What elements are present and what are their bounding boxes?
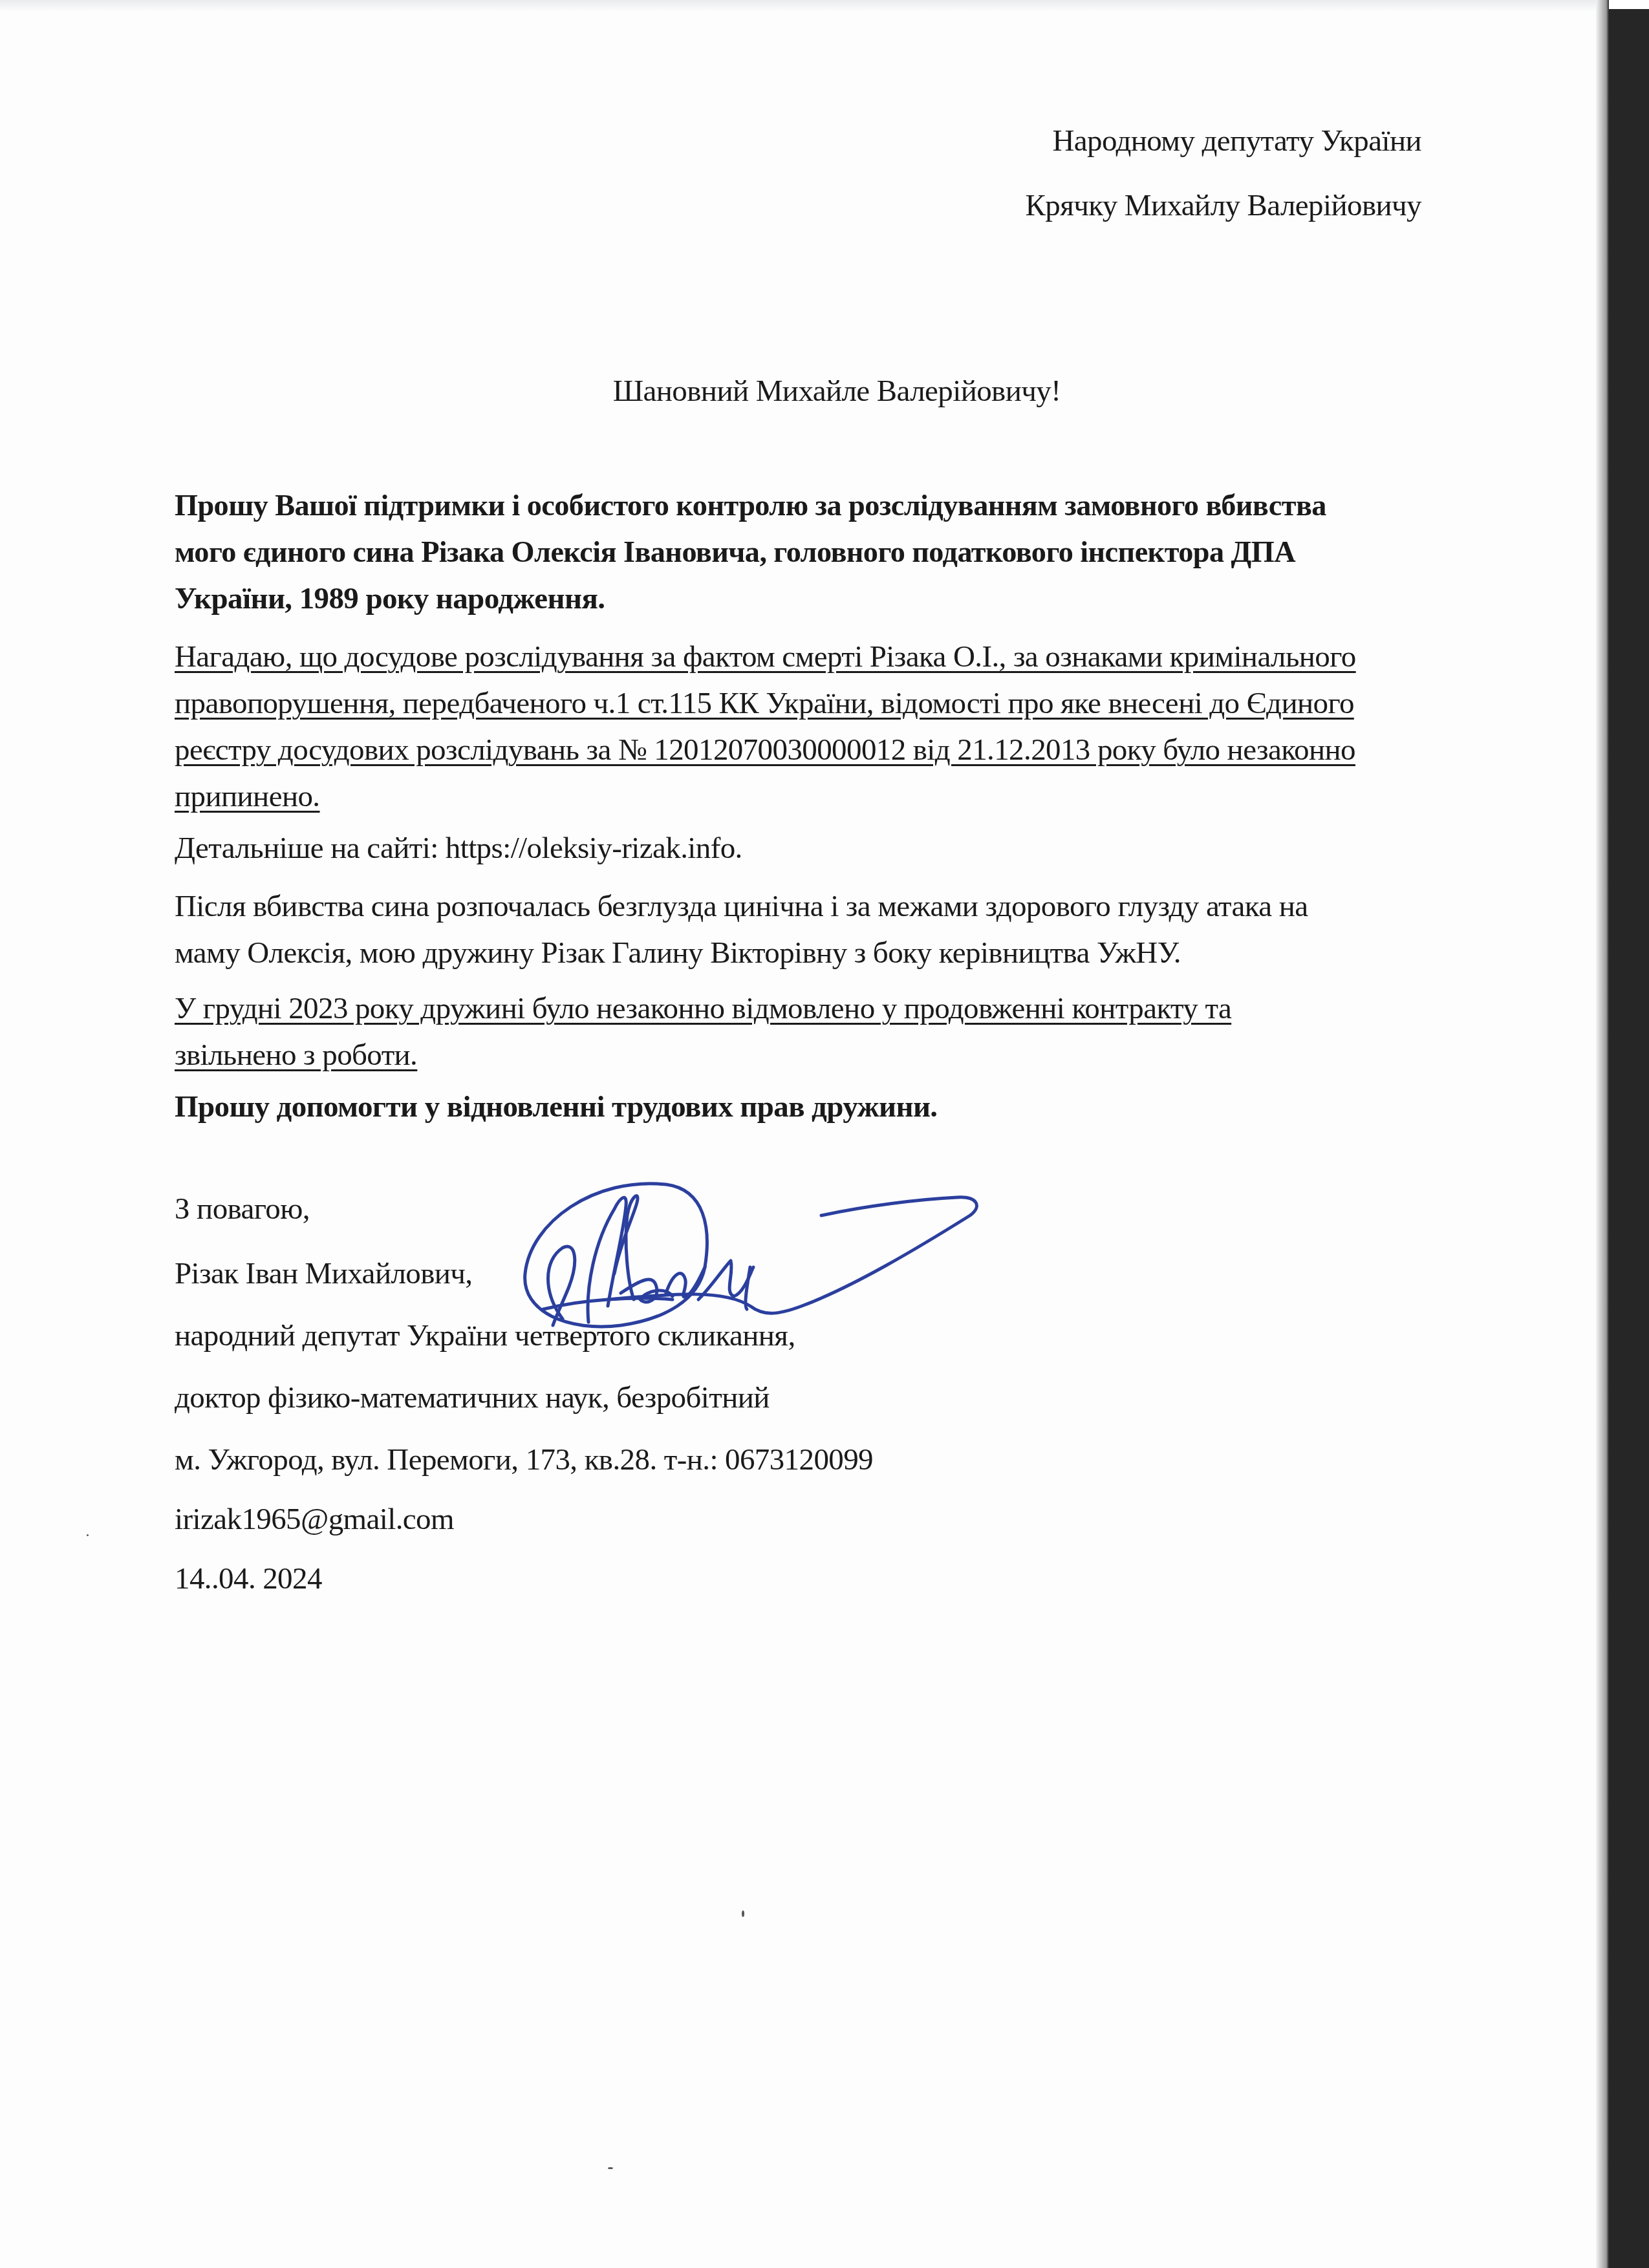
dismissal-line-1: У грудні 2023 року дружині було незаконн… — [175, 990, 1231, 1027]
scan-shadow — [1596, 0, 1609, 2268]
scan-speck — [87, 1534, 89, 1536]
signer-name: Різак Іван Михайлович, — [175, 1256, 473, 1292]
salutation: Шановний Михайле Валерійовичу! — [0, 373, 1596, 409]
signer-address: м. Ужгород, вул. Перемоги, 173, кв.28. т… — [175, 1442, 873, 1478]
reminder-line-2: правопорушення, передбаченого ч.1 ст.115… — [175, 685, 1354, 722]
dismissal-line-2: звільнено з роботи. — [175, 1037, 417, 1073]
website-line: Детальніше на сайті: https://oleksiy-riz… — [175, 830, 742, 866]
reminder-line-3: реєстру досудових розслідувань за № 1201… — [175, 732, 1355, 768]
addressee-line-1: Народному депутату України — [1052, 123, 1421, 159]
request-line-3: України, 1989 року народження. — [175, 581, 605, 617]
reminder-line-1: Нагадаю, що досудове розслідування за фа… — [175, 639, 1356, 675]
scan-speck — [742, 1910, 744, 1917]
addressee-line-2: Крячку Михайлу Валерійовичу — [1026, 187, 1422, 224]
request-line-2: мого єдиного сина Різака Олексія Іванови… — [175, 534, 1295, 570]
signer-email: irizak1965@gmail.com — [175, 1501, 454, 1537]
attack-line-1: Після вбивства сина розпочалась безглузд… — [175, 888, 1308, 925]
request-line-1: Прошу Вашої підтримки і особистого контр… — [175, 487, 1326, 524]
scan-speck — [608, 2167, 613, 2169]
regards: З повагою, — [175, 1191, 310, 1227]
letter-date: 14..04. 2024 — [175, 1561, 322, 1597]
signer-degree: доктор фізико-математичних наук, безробі… — [175, 1380, 770, 1416]
closing-request: Прошу допомогти у відновленні трудових п… — [175, 1089, 938, 1125]
scanner-edge-strip — [1609, 9, 1649, 2268]
handwritten-signature — [517, 1170, 1048, 1338]
reminder-line-4: припинено. — [175, 778, 320, 815]
scan-top-edge — [0, 0, 1596, 12]
letter-page: Народному депутату України Крячку Михайл… — [0, 0, 1596, 2268]
attack-line-2: маму Олексія, мою дружину Різак Галину В… — [175, 935, 1181, 971]
